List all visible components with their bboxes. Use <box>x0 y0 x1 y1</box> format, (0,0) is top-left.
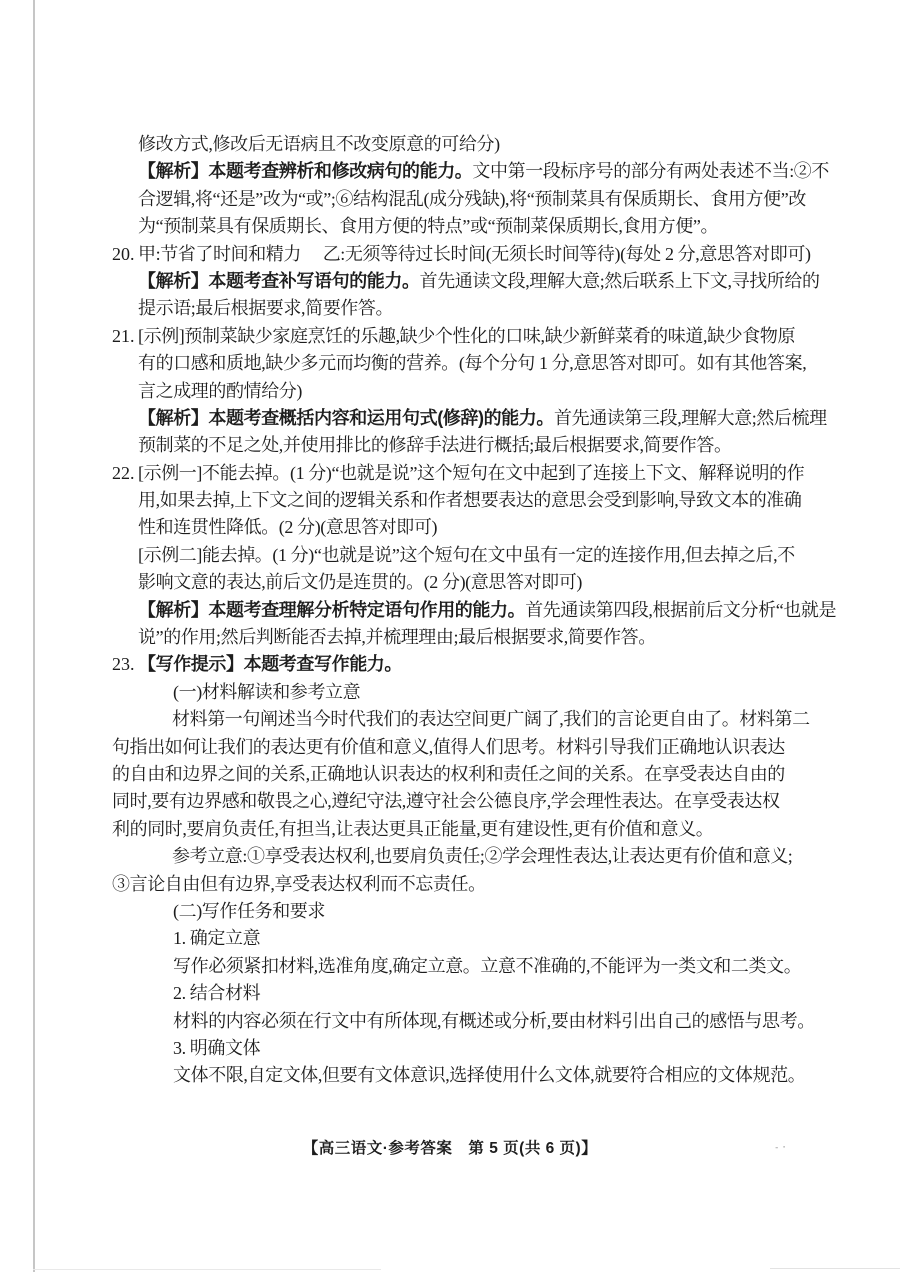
line-text: 文中第一段标序号的部分有两处表述不当:②不 <box>472 161 829 181</box>
doc-line: 22.[示例一]不能去掉。(1 分)“也就是说”这个短句在文中起到了连接上下文、… <box>0 460 900 487</box>
line-text: 首先通读文段,理解大意;然后联系上下文,寻找所给的 <box>420 271 820 291</box>
doc-line: 【解析】本题考查补写语句的能力。首先通读文段,理解大意;然后联系上下文,寻找所给… <box>0 268 900 295</box>
line-text: 言之成理的酌情给分) <box>138 381 302 401</box>
line-text: 用,如果去掉,上下文之间的逻辑关系和作者想要表达的意思会受到影响,导致文本的准确 <box>138 490 802 510</box>
doc-lines: 修改方式,修改后无语病且不改变原意的可给分)【解析】本题考查辨析和修改病句的能力… <box>0 131 900 1090</box>
doc-line: 句指出如何让我们的表达更有价值和意义,值得人们思考。材料引导我们正确地认识表达 <box>0 734 900 761</box>
doc-line: 利的同时,要肩负责任,有担当,让表达更具正能量,更有建设性,更有价值和意义。 <box>0 816 900 843</box>
scan-speck: -· <box>774 1143 789 1153</box>
line-text: (一)材料解读和参考立意 <box>173 682 360 702</box>
doc-line: 预制菜的不足之处,并使用排比的修辞手法进行概括;最后根据要求,简要作答。 <box>0 432 900 459</box>
doc-line: 【解析】本题考查辨析和修改病句的能力。文中第一段标序号的部分有两处表述不当:②不 <box>0 158 900 185</box>
line-text: 利的同时,要肩负责任,有担当,让表达更具正能量,更有建设性,更有价值和意义。 <box>112 819 713 839</box>
doc-line: 提示语;最后根据要求,简要作答。 <box>0 295 900 322</box>
doc-line: 有的口感和质地,缺少多元而均衡的营养。(每个分句 1 分,意思答对即可。如有其他… <box>0 350 900 377</box>
line-text: 首先通读第四段,根据前后文分析“也就是 <box>525 600 836 620</box>
analysis-label: 【解析】本题考查概括内容和运用句式(修辞)的能力。 <box>138 408 554 428</box>
line-text: 影响文意的表达,前后文仍是连贯的。(2 分)(意思答对即可) <box>138 572 582 592</box>
line-text: 提示语;最后根据要求,简要作答。 <box>138 298 393 318</box>
doc-line: 23.【写作提示】本题考查写作能力。 <box>0 651 900 678</box>
doc-line: (二)写作任务和要求 <box>0 898 900 925</box>
doc-line: 材料第一句阐述当今时代我们的表达空间更广阔了,我们的言论更自由了。材料第二 <box>0 706 900 733</box>
doc-line: 用,如果去掉,上下文之间的逻辑关系和作者想要表达的意思会受到影响,导致文本的准确 <box>0 487 900 514</box>
line-text: 说”的作用;然后判断能否去掉,并梳理理由;最后根据要求,简要作答。 <box>138 627 656 647</box>
line-text: [示例二]能去掉。(1 分)“也就是说”这个短句在文中虽有一定的连接作用,但去掉… <box>138 545 795 565</box>
doc-line: 3. 明确文体 <box>0 1035 900 1062</box>
line-text: (二)写作任务和要求 <box>173 901 325 921</box>
doc-line: 2. 结合材料 <box>0 980 900 1007</box>
line-text: [示例]预制菜缺少家庭烹饪的乐趣,缺少个性化的口味,缺少新鲜菜肴的味道,缺少食物… <box>138 326 795 346</box>
line-text: ③言论自由但有边界,享受表达权利而不忘责任。 <box>112 874 486 894</box>
doc-line: 21.[示例]预制菜缺少家庭烹饪的乐趣,缺少个性化的口味,缺少新鲜菜肴的味道,缺… <box>0 323 900 350</box>
doc-line: 文体不限,自定文体,但要有文体意识,选择使用什么文体,就要符合相应的文体规范。 <box>0 1062 900 1089</box>
doc-line: 材料的内容必须在行文中有所体现,有概述或分析,要由材料引出自己的感悟与思考。 <box>0 1008 900 1035</box>
doc-line: [示例二]能去掉。(1 分)“也就是说”这个短句在文中虽有一定的连接作用,但去掉… <box>0 542 900 569</box>
line-text: 材料第一句阐述当今时代我们的表达空间更广阔了,我们的言论更自由了。材料第二 <box>172 709 810 729</box>
doc-line: (一)材料解读和参考立意 <box>0 679 900 706</box>
analysis-label: 【写作提示】本题考查写作能力。 <box>138 654 402 674</box>
doc-line: 20.甲:节省了时间和精力 乙:无须等待过长时间(无须长时间等待)(每处 2 分… <box>0 241 900 268</box>
analysis-label: 【解析】本题考查辨析和修改病句的能力。 <box>138 161 472 181</box>
doc-line: 参考立意:①享受表达权利,也要肩负责任;②学会理性表达,让表达更有价值和意义; <box>0 843 900 870</box>
line-text: [示例一]不能去掉。(1 分)“也就是说”这个短句在文中起到了连接上下文、解释说… <box>138 463 804 483</box>
line-text: 文体不限,自定文体,但要有文体意识,选择使用什么文体,就要符合相应的文体规范。 <box>173 1065 805 1085</box>
line-text: 写作必须紧扣材料,选准角度,确定立意。立意不准确的,不能评为一类文和二类文。 <box>173 956 801 976</box>
doc-line: 【解析】本题考查理解分析特定语句作用的能力。首先通读第四段,根据前后文分析“也就… <box>0 597 900 624</box>
doc-line: 影响文意的表达,前后文仍是连贯的。(2 分)(意思答对即可) <box>0 569 900 596</box>
line-text: 有的口感和质地,缺少多元而均衡的营养。(每个分句 1 分,意思答对即可。如有其他… <box>138 353 806 373</box>
line-text: 2. 结合材料 <box>173 983 260 1003</box>
question-number: 20. <box>112 241 138 268</box>
line-text: 合逻辑,将“还是”改为“或”;⑥结构混乱(成分残缺),将“预制菜具有保质期长、食… <box>138 189 806 209</box>
doc-line: 写作必须紧扣材料,选准角度,确定立意。立意不准确的,不能评为一类文和二类文。 <box>0 953 900 980</box>
doc-line: 修改方式,修改后无语病且不改变原意的可给分) <box>0 131 900 158</box>
line-text: 首先通读第三段,理解大意;然后梳理 <box>554 408 827 428</box>
doc-line: ③言论自由但有边界,享受表达权利而不忘责任。 <box>0 871 900 898</box>
doc-line: 为“预制菜具有保质期长、食用方便的特点”或“预制菜保质期长,食用方便”。 <box>0 213 900 240</box>
question-number: 22. <box>112 460 138 487</box>
doc-line: 言之成理的酌情给分) <box>0 378 900 405</box>
line-text: 同时,要有边界感和敬畏之心,遵纪守法,遵守社会公德良序,学会理性表达。在享受表达… <box>112 791 780 811</box>
doc-line: 说”的作用;然后判断能否去掉,并梳理理由;最后根据要求,简要作答。 <box>0 624 900 651</box>
doc-line: 合逻辑,将“还是”改为“或”;⑥结构混乱(成分残缺),将“预制菜具有保质期长、食… <box>0 186 900 213</box>
question-number: 23. <box>112 651 138 678</box>
doc-line: 的自由和边界之间的关系,正确地认识表达的权利和责任之间的关系。在享受表达自由的 <box>0 761 900 788</box>
page-footer: 【高三语文·参考答案 第 5 页(共 6 页)】 <box>0 1136 900 1158</box>
page-edge-line-bottom-left <box>33 1269 381 1270</box>
line-text: 句指出如何让我们的表达更有价值和意义,值得人们思考。材料引导我们正确地认识表达 <box>112 737 785 757</box>
scanned-answer-page: 修改方式,修改后无语病且不改变原意的可给分)【解析】本题考查辨析和修改病句的能力… <box>0 0 900 1272</box>
doc-line: 【解析】本题考查概括内容和运用句式(修辞)的能力。首先通读第三段,理解大意;然后… <box>0 405 900 432</box>
analysis-label: 【解析】本题考查补写语句的能力。 <box>138 271 420 291</box>
line-text: 参考立意:①享受表达权利,也要肩负责任;②学会理性表达,让表达更有价值和意义; <box>172 846 792 866</box>
analysis-label: 【解析】本题考查理解分析特定语句作用的能力。 <box>138 600 525 620</box>
line-text: 1. 确定立意 <box>173 928 260 948</box>
doc-line: 1. 确定立意 <box>0 925 900 952</box>
question-number: 21. <box>112 323 138 350</box>
line-text: 预制菜的不足之处,并使用排比的修辞手法进行概括;最后根据要求,简要作答。 <box>138 435 732 455</box>
line-text: 材料的内容必须在行文中有所体现,有概述或分析,要由材料引出自己的感悟与思考。 <box>173 1011 815 1031</box>
line-text: 修改方式,修改后无语病且不改变原意的可给分) <box>138 134 500 154</box>
line-text: 为“预制菜具有保质期长、食用方便的特点”或“预制菜保质期长,食用方便”。 <box>138 216 718 236</box>
doc-line: 性和连贯性降低。(2 分)(意思答对即可) <box>0 514 900 541</box>
line-text: 甲:节省了时间和精力 乙:无须等待过长时间(无须长时间等待)(每处 2 分,意思… <box>138 244 811 264</box>
line-text: 性和连贯性降低。(2 分)(意思答对即可) <box>138 517 437 537</box>
page-edge-line-bottom-right <box>770 1268 900 1269</box>
doc-line: 同时,要有边界感和敬畏之心,遵纪守法,遵守社会公德良序,学会理性表达。在享受表达… <box>0 788 900 815</box>
line-text: 的自由和边界之间的关系,正确地认识表达的权利和责任之间的关系。在享受表达自由的 <box>112 764 785 784</box>
line-text: 3. 明确文体 <box>173 1038 260 1058</box>
